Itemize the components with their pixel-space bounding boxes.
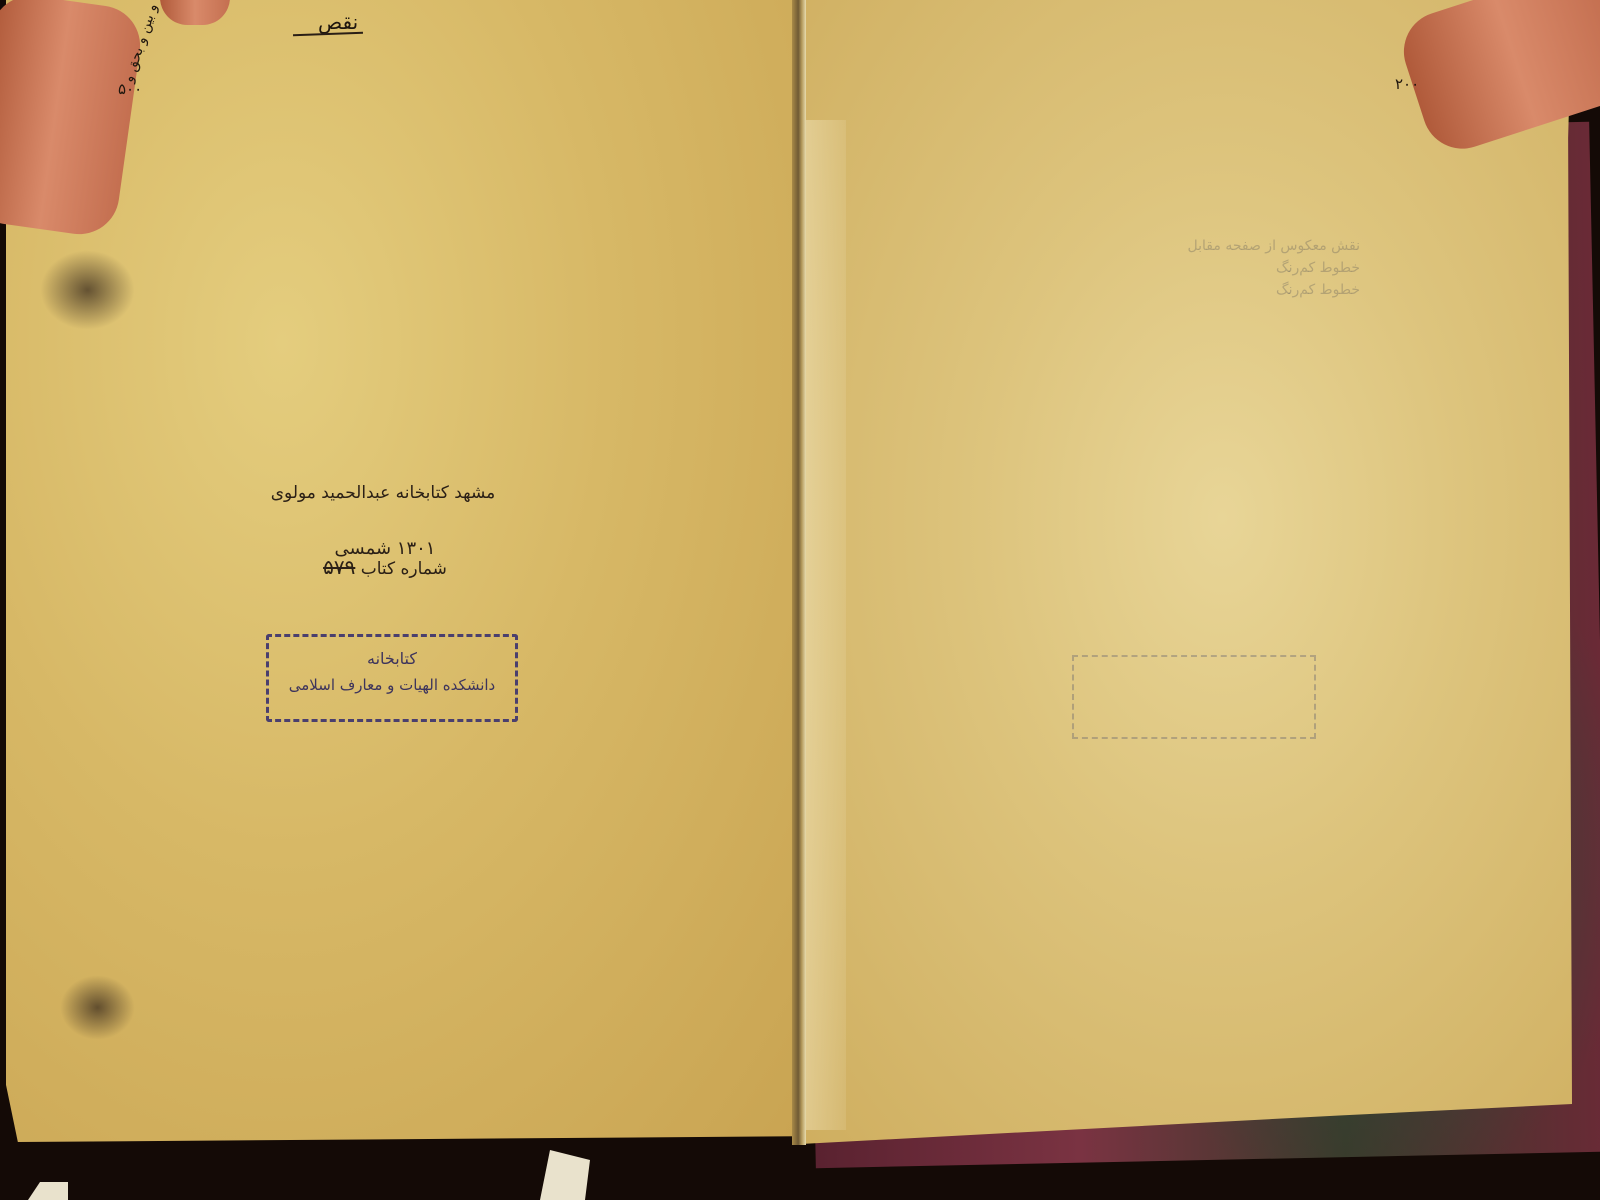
ghost-line: خطوط کم‌رنگ bbox=[1040, 257, 1360, 279]
library-stamp: کتابخانه دانشکده الهیات و معارف اسلامی bbox=[266, 634, 518, 722]
offset-ghost-text: نقش معکوس از صفحه مقابل خطوط کم‌رنگ خطوط… bbox=[1040, 235, 1360, 301]
paper-scrap bbox=[540, 1150, 590, 1200]
paper-scrap bbox=[28, 1182, 68, 1200]
book-number-value: ۵۷۹ bbox=[323, 555, 355, 579]
ghost-stamp-impression bbox=[1072, 655, 1316, 739]
manuscript-photo: نقص و بین و بحق و ۵۰۰ ۲۰۰ مشهد کتابخانه … bbox=[0, 0, 1600, 1200]
thumb-smudge bbox=[60, 975, 135, 1040]
book-gutter bbox=[792, 0, 806, 1145]
stamp-title: کتابخانه bbox=[269, 649, 515, 668]
library-name: مشهد کتابخانه عبدالحمید مولوی bbox=[268, 483, 498, 503]
right-corner-number: ۲۰۰ bbox=[1395, 75, 1419, 93]
ghost-line: نقش معکوس از صفحه مقابل bbox=[1040, 235, 1360, 257]
margin-number: ۵۰۰ bbox=[118, 80, 142, 98]
book-number-label: شماره کتاب bbox=[361, 559, 447, 579]
thumb-smudge bbox=[40, 250, 135, 330]
repair-tape bbox=[806, 120, 846, 1130]
book-number-line: شماره کتاب ۵۷۹ bbox=[285, 555, 485, 579]
stamp-subtitle: دانشکده الهیات و معارف اسلامی bbox=[269, 676, 515, 694]
right-page bbox=[796, 0, 1572, 1150]
ghost-line: خطوط کم‌رنگ bbox=[1040, 279, 1360, 301]
corner-note: نقص bbox=[318, 10, 358, 34]
